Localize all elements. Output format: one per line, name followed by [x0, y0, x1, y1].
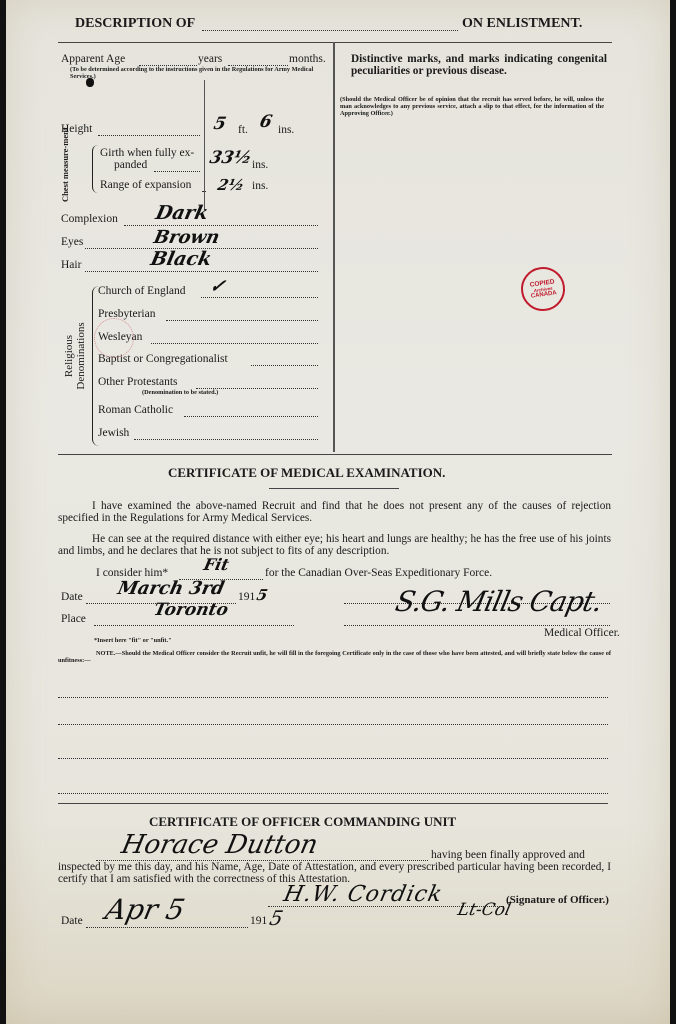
- ins-label-height: ins.: [278, 124, 294, 136]
- unfitness-line-4: [58, 793, 608, 794]
- header-rule: [58, 42, 612, 43]
- medical-date-value: March 3rd: [116, 578, 226, 599]
- religion-jewish: Jewish: [98, 427, 129, 439]
- commanding-date-value: Apr 5: [102, 893, 187, 926]
- faint-stamp-mark: [94, 318, 134, 358]
- commanding-year-printed: 191: [250, 915, 267, 927]
- name-dotted-line: [202, 30, 458, 31]
- signature-of-officer-label: (Signature of Officer.): [506, 894, 609, 906]
- fit-value: Fit: [202, 555, 231, 574]
- unfitness-line-1: [58, 697, 608, 698]
- ins-label-expansion: ins.: [252, 180, 268, 192]
- expansion-label: Range of expansion: [100, 179, 191, 191]
- unfitness-line-3: [58, 758, 608, 759]
- girth-value: 33½: [208, 148, 254, 168]
- religion-line-6: [134, 439, 318, 440]
- distinctive-marks-note: (Should the Medical Officer be of opinio…: [340, 96, 604, 117]
- religion-label-2: Denominations: [75, 306, 87, 406]
- header-title-left: DESCRIPTION OF: [75, 16, 195, 32]
- copied-archives-stamp: COPIED Archives CANADA: [518, 264, 568, 314]
- eyes-value: Brown: [152, 227, 222, 248]
- chest-measurement-label: Chest measure-ment: [61, 142, 69, 202]
- section-rule-2: [58, 803, 608, 804]
- hair-line: [85, 271, 318, 272]
- girth-label-2: panded: [114, 159, 147, 171]
- religion-line-5: [184, 416, 318, 417]
- medical-para-1: I have examined the above-named Recruit …: [58, 500, 611, 524]
- medical-signature-line-2: [344, 625, 610, 626]
- expansion-value: 2½: [216, 176, 246, 194]
- unfitness-note: NOTE.—Should the Medical Officer conside…: [58, 650, 611, 664]
- height-line: [98, 135, 200, 136]
- girth-label-1: Girth when fully ex-: [100, 147, 194, 159]
- commanding-year-digit: 5: [267, 906, 285, 930]
- expansion-line: [202, 191, 206, 192]
- religion-line-0: [201, 297, 318, 298]
- religion-church-of-england: Church of England: [98, 285, 186, 297]
- religion-other-protestants: Other Protestants: [98, 376, 178, 388]
- commanding-date-line: [86, 927, 248, 928]
- height-feet-value: 5: [212, 114, 228, 134]
- section-rule-1: [58, 454, 612, 455]
- place-value: Toronto: [152, 600, 230, 620]
- attestation-page: DESCRIPTION OF ON ENLISTMENT. Apparent A…: [6, 0, 670, 1024]
- recruit-name-value: Horace Dutton: [119, 830, 321, 860]
- girth-line: [154, 171, 200, 172]
- complexion-line: [124, 225, 318, 226]
- medical-certificate-title: CERTIFICATE OF MEDICAL EXAMINATION.: [168, 465, 445, 481]
- other-protestants-note: (Denomination to be stated.): [142, 389, 218, 396]
- column-divider: [333, 42, 335, 452]
- ink-blot: [86, 78, 94, 87]
- medical-officer-signature: S.G. Mills Capt.: [392, 585, 604, 618]
- religion-line-3: [251, 365, 318, 366]
- religion-label-1: Religious: [63, 306, 75, 406]
- eyes-label: Eyes: [61, 236, 83, 248]
- force-text: for the Canadian Over-Seas Expeditionary…: [265, 567, 492, 579]
- ft-label: ft.: [238, 124, 248, 136]
- insert-note: *Insert here "fit" or "unfit.": [94, 637, 172, 644]
- religion-line-1: [166, 320, 318, 321]
- apparent-age-label: Apparent Age: [61, 53, 125, 65]
- religion-check-mark: ✓: [208, 276, 228, 297]
- height-inches-value: 6: [258, 112, 274, 132]
- place-line: [94, 625, 294, 626]
- hair-label: Hair: [61, 259, 81, 271]
- unfitness-line-2: [58, 724, 608, 725]
- ins-label-girth: ins.: [252, 159, 268, 171]
- complexion-value: Dark: [154, 202, 211, 224]
- commanding-date-label: Date: [61, 915, 83, 927]
- hair-value: Black: [149, 248, 214, 270]
- commanding-certificate-title: CERTIFICATE OF OFFICER COMMANDING UNIT: [149, 814, 456, 830]
- medical-officer-label: Medical Officer.: [544, 627, 620, 639]
- medical-para-2: He can see at the required distance with…: [58, 533, 611, 557]
- medical-year-digit: 5: [255, 586, 269, 604]
- age-note: (To be determined according to the instr…: [70, 66, 335, 80]
- commanding-officer-signature: H.W. Cordick: [281, 882, 445, 907]
- commanding-officer-rank: Lt-Col: [456, 900, 513, 920]
- place-label: Place: [61, 613, 86, 625]
- religion-group-label: Religious Denominations: [63, 306, 87, 406]
- religion-line-2: [151, 343, 318, 344]
- religion-roman-catholic: Roman Catholic: [98, 404, 173, 416]
- months-label: months.: [289, 53, 326, 65]
- complexion-label: Complexion: [61, 213, 118, 225]
- header-title-right: ON ENLISTMENT.: [462, 16, 582, 32]
- years-label: years: [198, 53, 222, 65]
- medical-year-printed: 191: [238, 591, 255, 603]
- force-label: for the Canadian Over-Seas Expeditionary…: [265, 567, 492, 579]
- approved-text: having been finally approved and: [431, 849, 585, 861]
- medical-date-label: Date: [61, 591, 83, 603]
- medical-title-rule: [269, 488, 399, 489]
- distinctive-marks-heading: Distinctive marks, and marks indicating …: [351, 53, 607, 77]
- chest-brace: [92, 145, 99, 193]
